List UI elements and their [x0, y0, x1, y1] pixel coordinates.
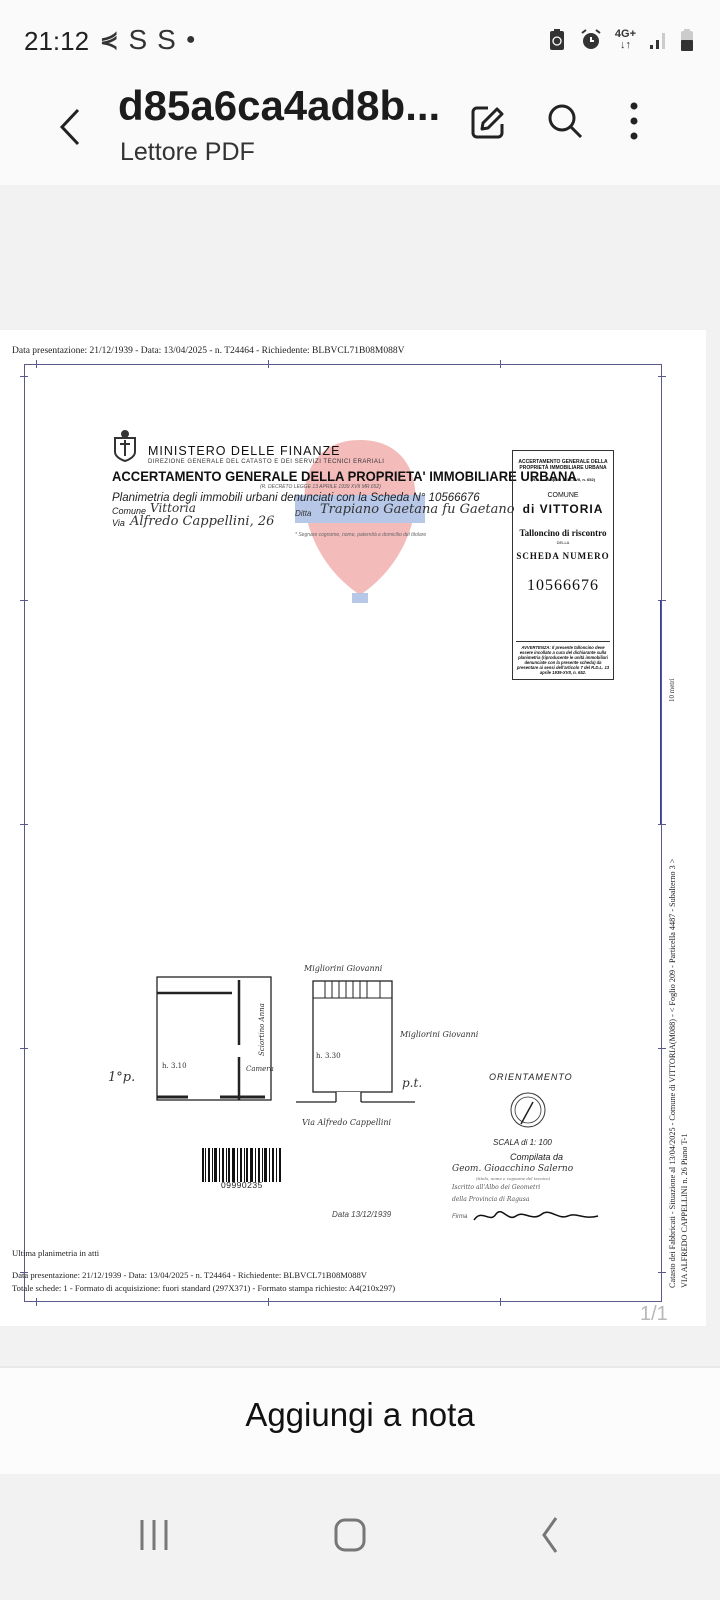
status-notification-icons: ⋞ S S ●	[100, 24, 195, 56]
back-icon[interactable]	[520, 1504, 580, 1564]
tallon-scheda: SCHEDA NUMERO	[513, 551, 613, 561]
alarm-icon	[579, 28, 603, 52]
compilata-label: Compilata da	[510, 1152, 563, 1162]
data-firma: Data 13/12/1939	[332, 1210, 391, 1219]
orientamento-label: ORIENTAMENTO	[489, 1072, 573, 1082]
street-label: Via Alfredo Cappellini	[302, 1118, 391, 1127]
technician-note: (titolo, nome e cognome del tecnico)	[476, 1176, 550, 1181]
frame-tick	[268, 1298, 269, 1306]
neighbor-top: Migliorini Giovanni	[304, 964, 382, 973]
add-to-note-button[interactable]: Aggiungi a nota	[0, 1366, 720, 1474]
home-icon[interactable]	[320, 1504, 380, 1564]
page-indicator: 1/1	[640, 1303, 668, 1326]
coat-of-arms-icon	[110, 428, 140, 462]
right-room-height: h. 3.30	[316, 1052, 341, 1060]
document-main-title: ACCERTAMENTO GENERALE DELLA PROPRIETA' I…	[112, 468, 577, 484]
status-system-icons: 4G+↓↑	[547, 28, 694, 52]
more-options-icon[interactable]	[622, 98, 646, 144]
firma-label: Firma	[452, 1214, 467, 1220]
frame-tick	[500, 360, 501, 368]
frame-tick	[20, 1048, 28, 1049]
scale-bar	[660, 600, 661, 824]
via-value: Alfredo Cappellini, 26	[130, 514, 274, 529]
frame-tick	[658, 1048, 666, 1049]
segnare-note: * Segnare cognome, nome, paternità e dom…	[295, 532, 426, 538]
pdf-viewer[interactable]: Data presentazione: 21/12/1939 - Data: 1…	[0, 185, 720, 1365]
notification-icon: ⋞	[100, 27, 118, 53]
frame-tick	[20, 824, 28, 825]
header-line: Data presentazione: 21/12/1939 - Data: 1…	[12, 346, 404, 356]
frame-tick	[20, 600, 28, 601]
neighbor-right: Migliorini Giovanni	[400, 1030, 478, 1039]
frame-tick	[36, 1298, 37, 1306]
tallon-decree: (R.D.L. 13 aprile 1939-XVII, n. 652)	[513, 477, 613, 482]
barcode	[202, 1148, 282, 1182]
footer-totale: Totale schede: 1 - Formato di acquisizio…	[12, 1283, 395, 1293]
s-app-icon: S	[128, 24, 147, 56]
edit-icon[interactable]	[468, 102, 508, 142]
scale-label: SCALA di 1: 100	[493, 1138, 552, 1147]
status-time: 21:12	[24, 26, 89, 57]
add-to-note-label: Aggiungi a nota	[0, 1396, 720, 1434]
document-title: d85a6ca4ad8b...	[118, 82, 440, 130]
network-4g-plus-icon: 4G+↓↑	[615, 29, 636, 51]
right-floor-label: p.t.	[402, 1076, 422, 1090]
battery-icon	[680, 28, 694, 52]
frame-tick	[268, 360, 269, 368]
left-room-name: Camera	[246, 1065, 274, 1073]
side-text-line-2: VIA ALFREDO CAPPELLINI n. 26 Piano T-1	[680, 1134, 689, 1288]
app-bar: d85a6ca4ad8b... Lettore PDF	[0, 80, 720, 185]
north-arrow-icon	[505, 1090, 551, 1136]
ministry-subtitle: DIREZIONE GENERALE DEL CATASTO E DEI SER…	[148, 459, 384, 465]
ministry-title: MINISTERO DELLE FINANZE	[148, 444, 340, 458]
talloncino-box: ACCERTAMENTO GENERALE DELLA PROPRIETÀ IM…	[512, 450, 614, 680]
signal-icon	[648, 29, 668, 51]
frame-tick	[36, 360, 37, 368]
back-button[interactable]	[54, 102, 90, 152]
left-room-height: h. 3.10	[162, 1062, 187, 1070]
signature-scribble	[472, 1206, 602, 1226]
frame-tick	[500, 1298, 501, 1306]
frame-tick	[658, 376, 666, 377]
tallon-della: DELLA	[513, 540, 613, 545]
barcode-number: 09990235	[221, 1180, 263, 1190]
decree-note: (R. DECRETO LEGGE 13 APRILE 1939 XVII MR…	[260, 484, 381, 490]
side-cadastral-info: Catasto dei Fabbricati - Situazione al 1…	[668, 950, 698, 1290]
neighbor-left: Sciortino Anna	[258, 1003, 266, 1056]
frame-tick	[658, 824, 666, 825]
search-icon[interactable]	[544, 100, 586, 142]
ditta-value: Trapiano Gaetana fu Gaetano	[320, 502, 515, 517]
footer-ultima: Ultima planimetria in atti	[12, 1248, 99, 1258]
technician-name: Geom. Gioacchino Salerno	[452, 1164, 573, 1174]
tallon-header: ACCERTAMENTO GENERALE DELLA PROPRIETÀ IM…	[513, 459, 613, 471]
tallon-comune-label: COMUNE	[513, 492, 613, 499]
dot-icon: ●	[186, 31, 196, 49]
side-text-line-1: Catasto dei Fabbricati - Situazione al 1…	[668, 859, 677, 1288]
albo-label: Iscritto all'Albo dei Geometri	[452, 1184, 540, 1191]
scale-marker-label: 10 metri	[668, 678, 676, 702]
comune-value: Vittoria	[150, 501, 196, 515]
s-app-icon: S	[157, 24, 176, 56]
tallon-number: 10566676	[513, 577, 613, 595]
tallon-avvertenza: AVVERTENZA: Il presente talloncino deve …	[516, 641, 610, 675]
provincia-label: della Provincia di Ragusa	[452, 1196, 529, 1203]
battery-saver-icon	[547, 28, 567, 52]
app-subtitle: Lettore PDF	[120, 138, 255, 167]
tallon-comune-value: di VITTORIA	[513, 502, 613, 516]
tallon-talloncino: Talloncino di riscontro	[513, 528, 613, 538]
recent-apps-icon[interactable]	[124, 1504, 184, 1564]
status-bar: 21:12 ⋞ S S ● 4G+↓↑	[0, 0, 720, 80]
footer-data: Data presentazione: 21/12/1939 - Data: 1…	[12, 1270, 367, 1280]
ditta-label: Ditta	[295, 509, 311, 518]
frame-tick	[658, 1272, 666, 1273]
via-label: Via	[112, 518, 125, 528]
pdf-page[interactable]: Data presentazione: 21/12/1939 - Data: 1…	[0, 330, 706, 1326]
frame-tick	[20, 376, 28, 377]
left-floor-label: 1°p.	[108, 1070, 135, 1085]
navigation-bar	[0, 1474, 720, 1600]
